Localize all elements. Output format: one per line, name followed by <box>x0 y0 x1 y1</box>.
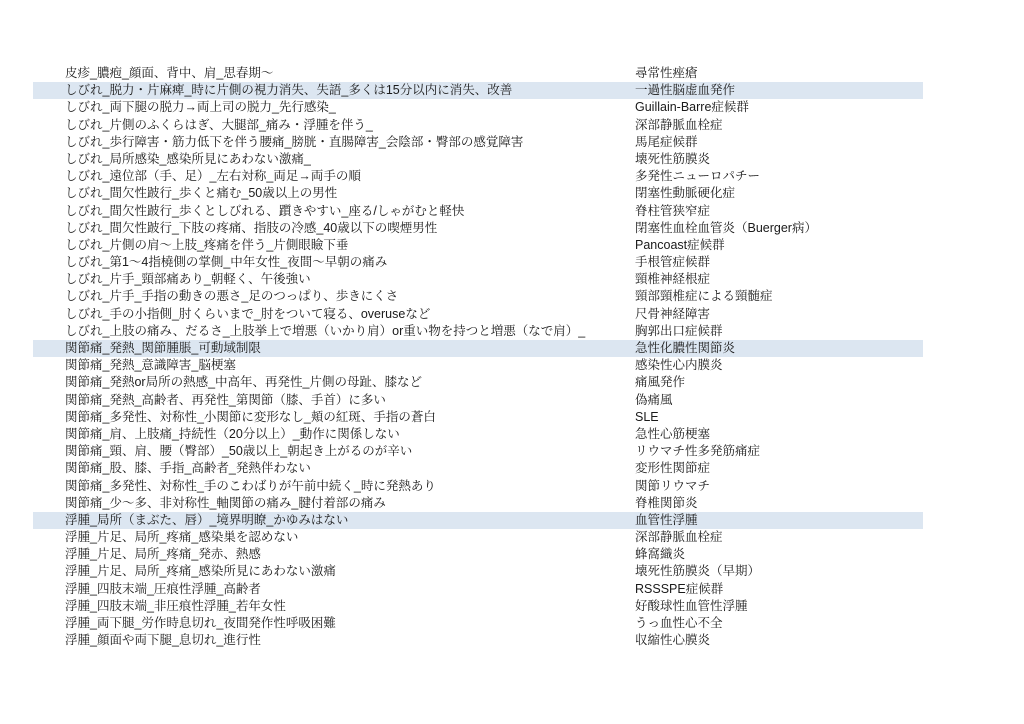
symptom-cell: しびれ_歩行障害・筋力低下を伴う腰痛_膀胱・直腸障害_会陰部・臀部の感覚障害 <box>65 134 523 151</box>
symptom-cell: 浮腫_顔面や両下腿_息切れ_進行性 <box>65 632 261 649</box>
diagnosis-cell: 脊柱管狭窄症 <box>635 203 710 220</box>
table-row: しびれ_局所感染_感染所見にあわない激痛_壊死性筋膜炎 <box>33 151 923 168</box>
diagnosis-cell: リウマチ性多発筋痛症 <box>635 443 760 460</box>
diagnosis-cell: 変形性関節症 <box>635 460 710 477</box>
table-row: 関節痛_発熱or局所の熱感_中高年、再発性_片側の母趾、膝など痛風発作 <box>33 374 923 391</box>
table-row: しびれ_第1～4指橈側の掌側_中年女性_夜間～早朝の痛み手根管症候群 <box>33 254 923 271</box>
table-row: しびれ_間欠性跛行_歩くとしびれる、躓きやすい_座る/しゃがむと軽快脊柱管狭窄症 <box>33 203 923 220</box>
symptom-cell: しびれ_片手_頸部痛あり_朝軽く、午後強い <box>65 271 311 288</box>
table-row: しびれ_間欠性跛行_下肢の疼痛、指肢の冷感_40歳以下の喫煙男性閉塞性血栓血管炎… <box>33 220 923 237</box>
diagnosis-cell: うっ血性心不全 <box>635 615 723 632</box>
diagnosis-cell: 関節リウマチ <box>635 478 710 495</box>
symptom-diagnosis-table: 皮疹_膿疱_顔面、背中、肩_思春期～尋常性痤瘡しびれ_脱力・片麻痺_時に片側の視… <box>33 65 923 649</box>
symptom-cell: 関節痛_発熱or局所の熱感_中高年、再発性_片側の母趾、膝など <box>65 374 422 391</box>
diagnosis-cell: 血管性浮腫 <box>635 512 698 529</box>
table-row: しびれ_歩行障害・筋力低下を伴う腰痛_膀胱・直腸障害_会陰部・臀部の感覚障害馬尾… <box>33 134 923 151</box>
symptom-cell: 関節痛_股、膝、手指_高齢者_発熱伴わない <box>65 460 311 477</box>
table-row: 浮腫_片足、局所_疼痛_発赤、熱感蜂窩織炎 <box>33 546 923 563</box>
symptom-cell: しびれ_手の小指側_肘くらいまで_肘をついて寝る、overuseなど <box>65 306 430 323</box>
symptom-cell: 関節痛_肩、上肢痛_持続性（20分以上）_動作に関係しない <box>65 426 400 443</box>
diagnosis-cell: 感染性心内膜炎 <box>635 357 723 374</box>
table-row: 浮腫_局所（まぶた、唇）_境界明瞭_かゆみはない血管性浮腫 <box>33 512 923 529</box>
symptom-cell: 浮腫_片足、局所_疼痛_感染巣を認めない <box>65 529 298 546</box>
symptom-cell: 関節痛_少～多、非対称性_軸関節の痛み_腱付着部の痛み <box>65 495 386 512</box>
symptom-cell: 浮腫_片足、局所_疼痛_発赤、熱感 <box>65 546 261 563</box>
table-row: 浮腫_片足、局所_疼痛_感染巣を認めない深部静脈血栓症 <box>33 529 923 546</box>
table-row: 関節痛_発熱_関節腫脹_可動域制限急性化膿性関節炎 <box>33 340 923 357</box>
symptom-cell: しびれ_遠位部（手、足）_左右対称_両足→両手の順 <box>65 168 361 185</box>
diagnosis-cell: 急性心筋梗塞 <box>635 426 710 443</box>
diagnosis-cell: 壊死性筋膜炎 <box>635 151 710 168</box>
table-row: しびれ_脱力・片麻痺_時に片側の視力消失、失語_多くは15分以内に消失、改善一過… <box>33 82 923 99</box>
symptom-cell: 関節痛_頸、肩、腰（臀部）_50歳以上_朝起き上がるのが辛い <box>65 443 412 460</box>
table-row: 関節痛_発熱_意識障害_脳梗塞感染性心内膜炎 <box>33 357 923 374</box>
table-row: しびれ_両下腿の脱力→両上司の脱力_先行感染_Guillain-Barre症候群 <box>33 99 923 116</box>
table-row: 関節痛_股、膝、手指_高齢者_発熱伴わない変形性関節症 <box>33 460 923 477</box>
diagnosis-cell: Guillain-Barre症候群 <box>635 99 749 116</box>
diagnosis-cell: 一過性脳虚血発作 <box>635 82 735 99</box>
symptom-cell: 関節痛_発熱_関節腫脹_可動域制限 <box>65 340 261 357</box>
table-row: しびれ_片側のふくらはぎ、大腿部_痛み・浮腫を伴う_深部静脈血栓症 <box>33 117 923 134</box>
diagnosis-cell: SLE <box>635 409 659 426</box>
symptom-cell: しびれ_片手_手指の動きの悪さ_足のつっぱり、歩きにくさ <box>65 288 398 305</box>
diagnosis-cell: RSSSPE症候群 <box>635 581 723 598</box>
symptom-cell: 関節痛_多発性、対称性_手のこわばりが午前中続く_時に発熱あり <box>65 478 436 495</box>
symptom-cell: 浮腫_四肢末端_圧痕性浮腫_高齢者 <box>65 581 261 598</box>
diagnosis-cell: 閉塞性動脈硬化症 <box>635 185 735 202</box>
diagnosis-cell: 尺骨神経障害 <box>635 306 710 323</box>
symptom-cell: しびれ_脱力・片麻痺_時に片側の視力消失、失語_多くは15分以内に消失、改善 <box>65 82 512 99</box>
symptom-cell: しびれ_片側のふくらはぎ、大腿部_痛み・浮腫を伴う_ <box>65 117 373 134</box>
table-row: しびれ_手の小指側_肘くらいまで_肘をついて寝る、overuseなど尺骨神経障害 <box>33 306 923 323</box>
symptom-cell: 皮疹_膿疱_顔面、背中、肩_思春期～ <box>65 65 273 82</box>
symptom-cell: 関節痛_多発性、対称性_小関節に変形なし_頬の紅斑、手指の蒼白 <box>65 409 436 426</box>
table-row: 浮腫_両下腿_労作時息切れ_夜間発作性呼吸困難うっ血性心不全 <box>33 615 923 632</box>
diagnosis-cell: 胸郭出口症候群 <box>635 323 723 340</box>
diagnosis-cell: 尋常性痤瘡 <box>635 65 698 82</box>
symptom-cell: 関節痛_発熱_高齢者、再発性_第関節（膝、手首）に多い <box>65 392 386 409</box>
symptom-cell: しびれ_両下腿の脱力→両上司の脱力_先行感染_ <box>65 99 336 116</box>
symptom-cell: しびれ_上肢の痛み、だるさ_上肢挙上で増悪（いかり肩）or重い物を持つと増悪（な… <box>65 323 585 340</box>
symptom-cell: 浮腫_局所（まぶた、唇）_境界明瞭_かゆみはない <box>65 512 348 529</box>
table-row: しびれ_片手_頸部痛あり_朝軽く、午後強い頸椎神経根症 <box>33 271 923 288</box>
diagnosis-cell: 偽痛風 <box>635 392 673 409</box>
symptom-cell: しびれ_間欠性跛行_歩くとしびれる、躓きやすい_座る/しゃがむと軽快 <box>65 203 464 220</box>
table-row: 浮腫_四肢末端_圧痕性浮腫_高齢者RSSSPE症候群 <box>33 581 923 598</box>
table-row: 関節痛_頸、肩、腰（臀部）_50歳以上_朝起き上がるのが辛いリウマチ性多発筋痛症 <box>33 443 923 460</box>
diagnosis-cell: 頸椎神経根症 <box>635 271 710 288</box>
diagnosis-cell: 手根管症候群 <box>635 254 710 271</box>
diagnosis-cell: 蜂窩織炎 <box>635 546 685 563</box>
diagnosis-cell: 馬尾症候群 <box>635 134 698 151</box>
table-row: 関節痛_多発性、対称性_小関節に変形なし_頬の紅斑、手指の蒼白SLE <box>33 409 923 426</box>
table-row: 関節痛_少～多、非対称性_軸関節の痛み_腱付着部の痛み脊椎関節炎 <box>33 495 923 512</box>
diagnosis-cell: 壊死性筋膜炎（早期） <box>635 563 760 580</box>
symptom-cell: 関節痛_発熱_意識障害_脳梗塞 <box>65 357 236 374</box>
symptom-cell: しびれ_局所感染_感染所見にあわない激痛_ <box>65 151 311 168</box>
symptom-cell: しびれ_第1～4指橈側の掌側_中年女性_夜間～早朝の痛み <box>65 254 387 271</box>
table-row: しびれ_片側の肩～上肢_疼痛を伴う_片側眼瞼下垂Pancoast症候群 <box>33 237 923 254</box>
table-row: しびれ_遠位部（手、足）_左右対称_両足→両手の順多発性ニューロパチー <box>33 168 923 185</box>
table-row: 皮疹_膿疱_顔面、背中、肩_思春期～尋常性痤瘡 <box>33 65 923 82</box>
table-row: 関節痛_肩、上肢痛_持続性（20分以上）_動作に関係しない急性心筋梗塞 <box>33 426 923 443</box>
table-row: しびれ_上肢の痛み、だるさ_上肢挙上で増悪（いかり肩）or重い物を持つと増悪（な… <box>33 323 923 340</box>
diagnosis-cell: 閉塞性血栓血管炎（Buerger病） <box>635 220 817 237</box>
symptom-cell: 浮腫_両下腿_労作時息切れ_夜間発作性呼吸困難 <box>65 615 336 632</box>
symptom-cell: 浮腫_四肢末端_非圧痕性浮腫_若年女性 <box>65 598 286 615</box>
table-row: 浮腫_顔面や両下腿_息切れ_進行性収縮性心膜炎 <box>33 632 923 649</box>
diagnosis-cell: 急性化膿性関節炎 <box>635 340 735 357</box>
symptom-cell: しびれ_間欠性跛行_下肢の疼痛、指肢の冷感_40歳以下の喫煙男性 <box>65 220 437 237</box>
diagnosis-cell: 脊椎関節炎 <box>635 495 698 512</box>
symptom-cell: しびれ_間欠性跛行_歩くと痛む_50歳以上の男性 <box>65 185 337 202</box>
table-row: 浮腫_片足、局所_疼痛_感染所見にあわない激痛壊死性筋膜炎（早期） <box>33 563 923 580</box>
diagnosis-cell: 好酸球性血管性浮腫 <box>635 598 748 615</box>
table-row: 関節痛_多発性、対称性_手のこわばりが午前中続く_時に発熱あり関節リウマチ <box>33 478 923 495</box>
table-row: しびれ_片手_手指の動きの悪さ_足のつっぱり、歩きにくさ頸部頸椎症による頸髄症 <box>33 288 923 305</box>
table-row: しびれ_間欠性跛行_歩くと痛む_50歳以上の男性閉塞性動脈硬化症 <box>33 185 923 202</box>
table-row: 関節痛_発熱_高齢者、再発性_第関節（膝、手首）に多い偽痛風 <box>33 392 923 409</box>
diagnosis-cell: Pancoast症候群 <box>635 237 725 254</box>
diagnosis-cell: 深部静脈血栓症 <box>635 117 723 134</box>
document-page: 皮疹_膿疱_顔面、背中、肩_思春期～尋常性痤瘡しびれ_脱力・片麻痺_時に片側の視… <box>0 0 1024 724</box>
symptom-cell: 浮腫_片足、局所_疼痛_感染所見にあわない激痛 <box>65 563 336 580</box>
diagnosis-cell: 頸部頸椎症による頸髄症 <box>635 288 773 305</box>
diagnosis-cell: 深部静脈血栓症 <box>635 529 723 546</box>
diagnosis-cell: 痛風発作 <box>635 374 685 391</box>
table-row: 浮腫_四肢末端_非圧痕性浮腫_若年女性好酸球性血管性浮腫 <box>33 598 923 615</box>
symptom-cell: しびれ_片側の肩～上肢_疼痛を伴う_片側眼瞼下垂 <box>65 237 348 254</box>
diagnosis-cell: 収縮性心膜炎 <box>635 632 710 649</box>
diagnosis-cell: 多発性ニューロパチー <box>635 168 760 185</box>
